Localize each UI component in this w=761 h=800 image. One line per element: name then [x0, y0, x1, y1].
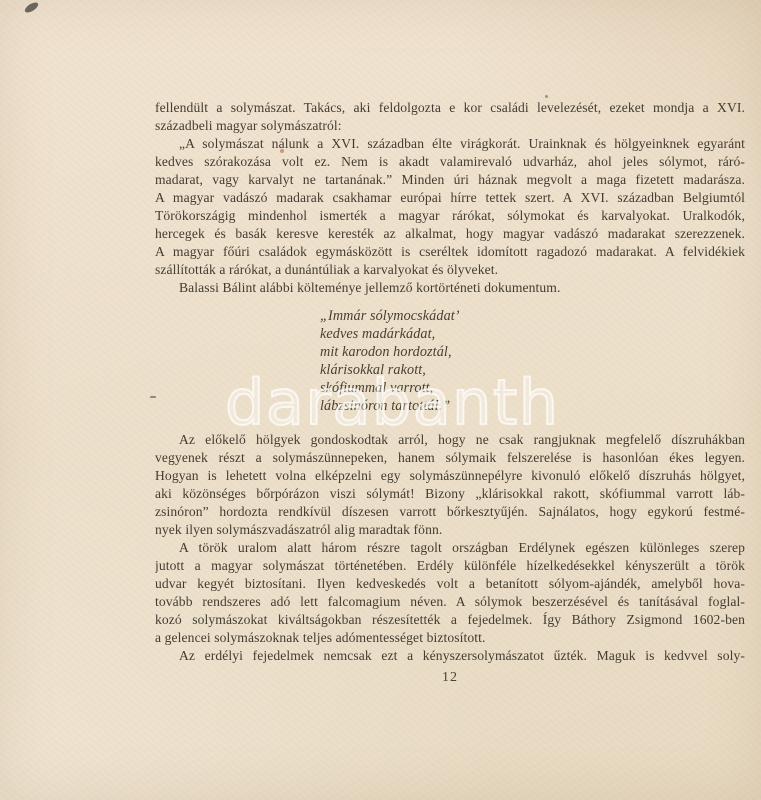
text-line: vegyenek részt a solymászünnepeken, hane…: [155, 449, 745, 467]
text-line: aki közönséges bőrpórázon viszi sólymát!…: [155, 485, 745, 503]
corner-ink-smudge: [23, 1, 39, 15]
poem-quotation: „Immár sólymocskádat’ kedves madárkádat,…: [320, 307, 745, 415]
text-line: udvar kegyét biztosítani. Ilyen kedveske…: [155, 575, 745, 593]
text-line: jutott a magyar solymászat történetében.…: [155, 557, 745, 575]
text-line: fellendült a solymászat. Takács, aki fel…: [155, 99, 745, 117]
poem-line: kedves madárkádat,: [320, 325, 745, 343]
text-line: kozó solymászokat kiváltságokban részesí…: [155, 611, 745, 629]
text-line: századbeli magyar solymászatról:: [155, 117, 745, 135]
text-line: Az előkelő hölgyek gondoskodtak arról, h…: [155, 431, 745, 449]
text-line: hercegek és basák keresve keresték az al…: [155, 225, 745, 243]
text-line: Hogyan is lehetett volna elképzelni egy …: [155, 467, 745, 485]
text-line: zsinóron” hordozta rendkívül díszesen va…: [155, 503, 745, 521]
text-block: fellendült a solymászat. Takács, aki fel…: [155, 99, 745, 665]
text-line: A magyar főúri családok egymásközött is …: [155, 243, 745, 261]
poem-line: skófiummal varrott,: [320, 379, 745, 397]
poem-line: mit karodon hordoztál,: [320, 343, 745, 361]
page-number: 12: [155, 670, 745, 686]
paragraph: „A solymászat nálunk a XVI. században él…: [155, 135, 745, 279]
text-line: A magyar vadászó madarak csakhamar európ…: [155, 189, 745, 207]
text-line: tovább rendszeres adó lett falcomagium n…: [155, 593, 745, 611]
poem-line: klárisokkal rakott,: [320, 361, 745, 379]
text-line: Az erdélyi fejedelmek nemcsak ezt a kény…: [155, 647, 745, 665]
poem-line: „Immár sólymocskádat’: [320, 307, 745, 325]
text-line: madarat, vagy karvalyt ne tartanának.” M…: [155, 171, 745, 189]
scanned-book-page: fellendült a solymászat. Takács, aki fel…: [0, 0, 761, 800]
poem-line: lábzsinóron tartottál.”: [320, 397, 745, 415]
paragraph: Az előkelő hölgyek gondoskodtak arról, h…: [155, 431, 745, 539]
text-line: Balassi Bálint alábbi költeménye jellemz…: [155, 279, 745, 297]
text-line: Törökországig mindenhol ismerték a magya…: [155, 207, 745, 225]
paragraph: A török uralom alatt három részre tagolt…: [155, 539, 745, 647]
paragraph: Balassi Bálint alábbi költeménye jellemz…: [155, 279, 745, 297]
paragraph: fellendült a solymászat. Takács, aki fel…: [155, 99, 745, 135]
text-line: „A solymászat nálunk a XVI. században él…: [155, 135, 745, 153]
text-line: A török uralom alatt három részre tagolt…: [155, 539, 745, 557]
paper-speck: [545, 95, 548, 98]
text-line: szállították a rárókat, a dunántúliak a …: [155, 261, 745, 279]
text-line: nyek ilyen solymászvadászatról alig mara…: [155, 521, 745, 539]
text-line: a gelencei solymászoknak teljes adómente…: [155, 629, 745, 647]
text-line: kedves szórakozása volt ez. Nem is akadt…: [155, 153, 745, 171]
paragraph: Az erdélyi fejedelmek nemcsak ezt a kény…: [155, 647, 745, 665]
